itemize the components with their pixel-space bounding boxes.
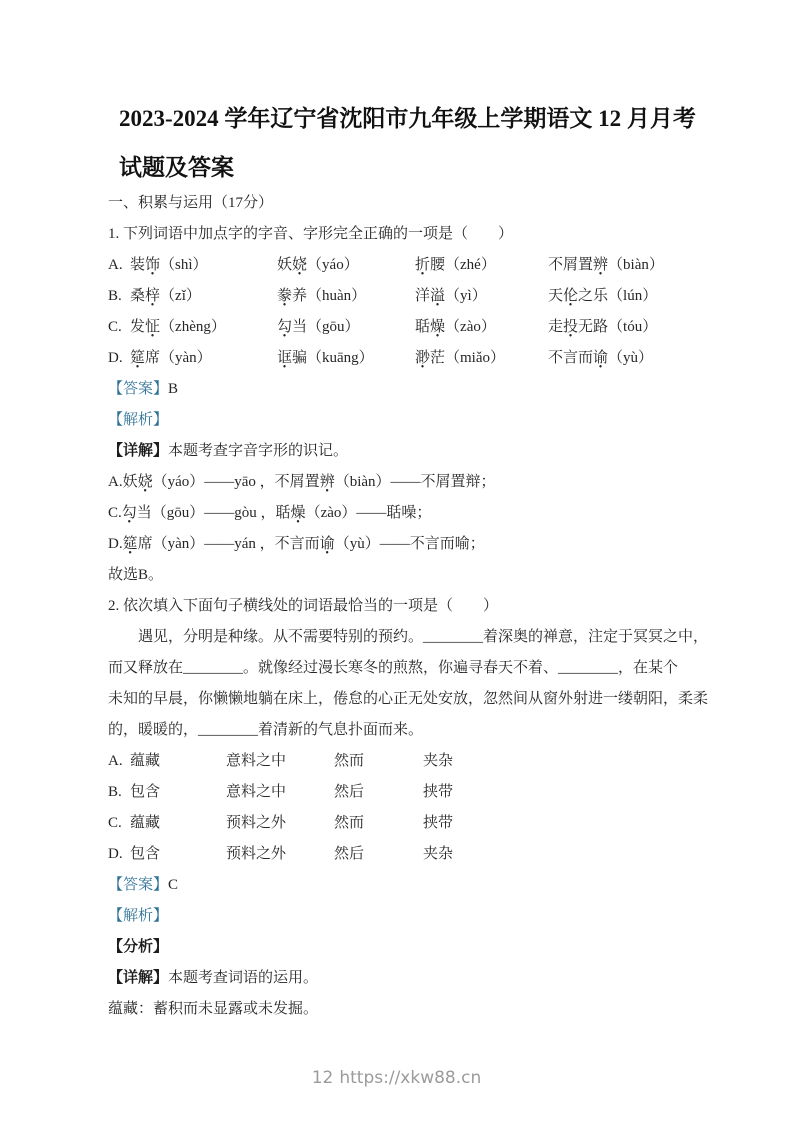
question2-fenxi-line: 【分析】 xyxy=(108,932,712,963)
option-word: 筵席（yàn） xyxy=(130,343,277,374)
emphasis-dot-char: 溢 xyxy=(430,288,445,304)
option-word: 意料之中 xyxy=(226,777,334,808)
option-label: D. xyxy=(108,839,130,870)
passage-line: 的，暖暖的，________着清新的气息扑面而来。 xyxy=(108,715,712,746)
question1-explain-a: A.妖娆（yáo）——yāo ，不屑置辨（biàn）——不屑置辩； xyxy=(108,467,712,498)
question1-analysis-line: 【解析】 xyxy=(108,405,712,436)
fenxi-label: 【分析】 xyxy=(108,939,168,955)
option-word: 装饰（shì） xyxy=(130,250,277,281)
emphasis-dot-char: 燥 xyxy=(291,505,306,521)
emphasis-dot-char: 投 xyxy=(563,319,578,335)
option-word: 走投无路（tóu） xyxy=(548,312,712,343)
question2-passage: 遇见，分明是种缘。从不需要特别的预约。________着深奥的禅意，注定于冥冥之… xyxy=(108,622,712,746)
emphasis-dot-char: 怔 xyxy=(145,319,160,335)
option-word: 蕴藏 xyxy=(130,808,226,839)
emphasis-dot-char: 伦 xyxy=(563,288,578,304)
section-heading: 一、积累与运用（17分） xyxy=(108,188,712,219)
option-word: 包含 xyxy=(130,777,226,808)
question2-option-b: B. 包含 意料之中 然后 挟带 xyxy=(108,777,712,808)
option-word: 豢养（huàn） xyxy=(277,281,415,312)
question2-analysis-line: 【解析】 xyxy=(108,901,712,932)
option-word: 不屑置辨（biàn） xyxy=(548,250,712,281)
page-footer: 12https://xkw88.cn xyxy=(0,1064,793,1092)
option-word: 包含 xyxy=(130,839,226,870)
option-word: 发怔（zhèng） xyxy=(130,312,277,343)
question1-conclusion: 故选B。 xyxy=(108,560,712,591)
emphasis-dot-char: 娆 xyxy=(138,474,153,490)
emphasis-dot-char: 勾 xyxy=(122,505,137,521)
emphasis-dot-char: 辨 xyxy=(593,257,608,273)
option-word: 桑梓（zǐ） xyxy=(130,281,277,312)
footer-url: https://xkw88.cn xyxy=(339,1068,481,1088)
question2-word-note: 蕴藏：蓄积而未显露或未发掘。 xyxy=(108,994,712,1025)
question1-option-d: D. 筵席（yàn） 诓骗（kuāng） 渺茫（miǎo） 不言而谕（yù） xyxy=(108,343,712,374)
emphasis-dot-char: 豢 xyxy=(277,288,292,304)
emphasis-dot-char: 饰 xyxy=(145,257,160,273)
detail-text: 本题考查字音字形的识记。 xyxy=(168,443,348,459)
option-label: D. xyxy=(108,343,130,374)
emphasis-dot-char: 折 xyxy=(415,257,430,273)
emphasis-dot-char: 渺 xyxy=(415,350,430,366)
option-word: 渺茫（miǎo） xyxy=(415,343,548,374)
passage-line: 遇见，分明是种缘。从不需要特别的预约。________着深奥的禅意，注定于冥冥之… xyxy=(108,622,712,653)
question2-option-c: C. 蕴藏 预料之外 然而 挟带 xyxy=(108,808,712,839)
option-word: 然后 xyxy=(334,777,423,808)
option-word: 折腰（zhé） xyxy=(415,250,548,281)
detail-label: 【详解】 xyxy=(108,970,168,986)
answer-value: B xyxy=(168,381,178,397)
answer-value: C xyxy=(168,877,178,893)
emphasis-dot-char: 诓 xyxy=(277,350,292,366)
question1-option-a: A. 装饰（shì） 妖娆（yáo） 折腰（zhé） 不屑置辨（biàn） xyxy=(108,250,712,281)
emphasis-dot-char: 谕 xyxy=(320,536,335,552)
question1-explain-d: D.筵席（yàn）——yán ，不言而谕（yù）——不言而喻； xyxy=(108,529,712,560)
page-title-line1: 2023-2024 学年辽宁省沈阳市九年级上学期语文 12 月月考 xyxy=(119,94,719,143)
question1-option-b: B. 桑梓（zǐ） 豢养（huàn） 洋溢（yì） 天伦之乐（lún） xyxy=(108,281,712,312)
document-page: 2023-2024 学年辽宁省沈阳市九年级上学期语文 12 月月考 试题及答案 … xyxy=(0,0,793,1122)
option-word: 然而 xyxy=(334,808,423,839)
option-word: 不言而谕（yù） xyxy=(548,343,712,374)
emphasis-dot-char: 筵 xyxy=(123,536,138,552)
question1-option-c: C. 发怔（zhèng） 勾当（gōu） 聒燥（zào） 走投无路（tóu） xyxy=(108,312,712,343)
option-label: B. xyxy=(108,777,130,808)
option-label: C. xyxy=(108,808,130,839)
passage-line: 未知的早晨，你懒懒地躺在床上，倦怠的心正无处安放，忽然间从窗外射进一缕朝阳，柔柔 xyxy=(108,684,712,715)
page-title-line2: 试题及答案 xyxy=(119,143,719,192)
option-word: 意料之中 xyxy=(226,746,334,777)
option-word: 夹杂 xyxy=(423,839,712,870)
document-body: 一、积累与运用（17分） 1. 下列词语中加点字的字音、字形完全正确的一项是（ … xyxy=(108,188,712,1025)
answer-label: 【答案】 xyxy=(108,877,168,893)
question2-detail-line: 【详解】本题考查词语的运用。 xyxy=(108,963,712,994)
question2-option-d: D. 包含 预料之外 然后 夹杂 xyxy=(108,839,712,870)
question1-stem: 1. 下列词语中加点字的字音、字形完全正确的一项是（ ） xyxy=(108,219,712,250)
passage-line: 而又释放在________。就像经过漫长寒冬的煎熬，你遍寻春天不着、______… xyxy=(108,653,712,684)
option-label: B. xyxy=(108,281,130,312)
question1-detail-line: 【详解】本题考查字音字形的识记。 xyxy=(108,436,712,467)
question2-option-a: A. 蕴藏 意料之中 然而 夹杂 xyxy=(108,746,712,777)
emphasis-dot-char: 燥 xyxy=(430,319,445,335)
option-word: 洋溢（yì） xyxy=(415,281,548,312)
emphasis-dot-char: 勾 xyxy=(277,319,292,335)
option-word: 然后 xyxy=(334,839,423,870)
page-number: 12 xyxy=(312,1068,334,1088)
option-label: A. xyxy=(108,250,130,281)
option-word: 预料之外 xyxy=(226,839,334,870)
option-word: 蕴藏 xyxy=(130,746,226,777)
analysis-label: 【解析】 xyxy=(108,412,168,428)
option-word: 然而 xyxy=(334,746,423,777)
option-word: 勾当（gōu） xyxy=(277,312,415,343)
question2-answer-line: 【答案】C xyxy=(108,870,712,901)
emphasis-dot-char: 梓 xyxy=(145,288,160,304)
emphasis-dot-char: 谕 xyxy=(593,350,608,366)
question1-answer-line: 【答案】B xyxy=(108,374,712,405)
option-word: 挟带 xyxy=(423,808,712,839)
emphasis-dot-char: 筵 xyxy=(130,350,145,366)
emphasis-dot-char: 娆 xyxy=(292,257,307,273)
page-title: 2023-2024 学年辽宁省沈阳市九年级上学期语文 12 月月考 试题及答案 xyxy=(119,94,719,192)
option-word: 妖娆（yáo） xyxy=(277,250,415,281)
option-word: 诓骗（kuāng） xyxy=(277,343,415,374)
detail-label: 【详解】 xyxy=(108,443,168,459)
analysis-label: 【解析】 xyxy=(108,908,168,924)
option-word: 聒燥（zào） xyxy=(415,312,548,343)
option-word: 夹杂 xyxy=(423,746,712,777)
option-word: 挟带 xyxy=(423,777,712,808)
option-label: A. xyxy=(108,746,130,777)
question2-stem: 2. 依次填入下面句子横线处的词语最恰当的一项是（ ） xyxy=(108,591,712,622)
question1-explain-c: C.勾当（gōu）——gòu ，聒燥（zào）——聒噪； xyxy=(108,498,712,529)
option-word: 预料之外 xyxy=(226,808,334,839)
answer-label: 【答案】 xyxy=(108,381,168,397)
option-word: 天伦之乐（lún） xyxy=(548,281,712,312)
detail-text: 本题考查词语的运用。 xyxy=(168,970,318,986)
emphasis-dot-char: 辨 xyxy=(320,474,335,490)
option-label: C. xyxy=(108,312,130,343)
